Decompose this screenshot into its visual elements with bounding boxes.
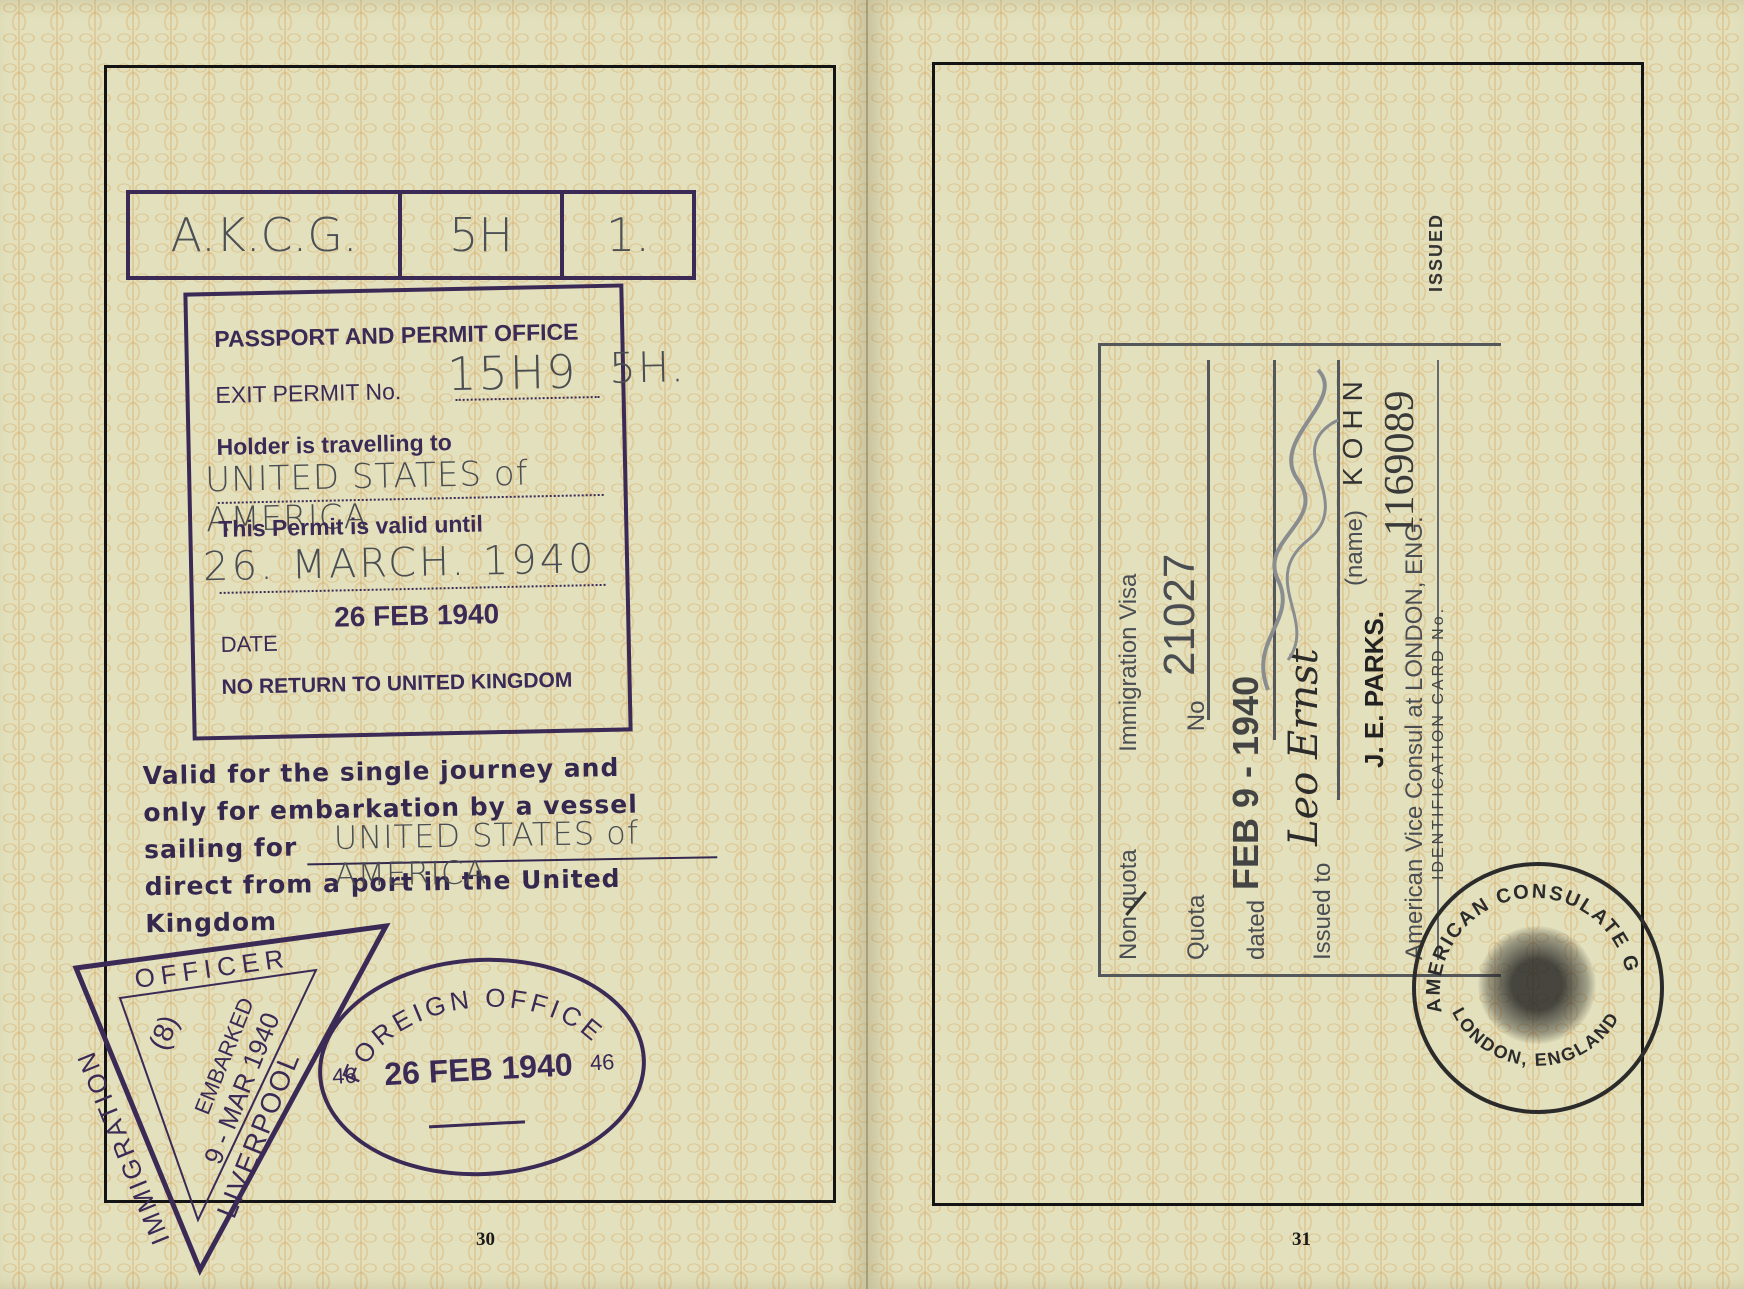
valid-until-handwritten: 26. MARCH. 1940 bbox=[203, 536, 597, 590]
sailing-for-handwritten: UNITED STATES of AMERICA bbox=[334, 813, 745, 894]
reference-cell: 5H bbox=[398, 194, 560, 276]
eagle-emblem-icon bbox=[1478, 926, 1596, 1044]
permit-number-label: EXIT PERMIT No. bbox=[215, 378, 401, 409]
valid-until-label: This Permit is valid until bbox=[218, 510, 483, 543]
quota-label: Quota No bbox=[1183, 701, 1211, 960]
validity-line: sailing for bbox=[144, 833, 298, 865]
exit-permit-stamp: PASSPORT AND PERMIT OFFICE EXIT PERMIT N… bbox=[183, 283, 632, 740]
permit-number: 15H9 bbox=[447, 344, 578, 401]
left-page: A.K.C.G. 5H 1. PASSPORT AND PERMIT OFFIC… bbox=[0, 0, 868, 1289]
svg-text:(8): (8) bbox=[143, 1011, 185, 1054]
consulate-seal: AMERICAN CONSULATE GENERAL, LONDON, ENGL… bbox=[1412, 862, 1664, 1114]
stamp-code: 46 bbox=[589, 1049, 615, 1075]
date-label: DATE bbox=[220, 631, 278, 658]
permit-suffix: 5H. bbox=[609, 342, 687, 393]
validity-text: Valid for the single journey and only fo… bbox=[142, 747, 745, 942]
permit-date: 26 FEB 1940 bbox=[334, 598, 500, 633]
foreign-office-date: 26 FEB 1940 bbox=[383, 1046, 573, 1092]
visa-number: 21027 bbox=[1155, 554, 1205, 676]
visa-date: FEB 9 - 1940 bbox=[1225, 676, 1267, 890]
visa-type-label: Immigration Visa bbox=[1115, 574, 1142, 752]
id-card-status: ISSUED bbox=[1426, 213, 1447, 292]
reference-cell: A.K.C.G. bbox=[130, 194, 398, 276]
reference-box: A.K.C.G. 5H 1. bbox=[126, 190, 696, 280]
dated-label: dated bbox=[1243, 900, 1271, 960]
id-card-number: 1169089 bbox=[1376, 391, 1424, 536]
id-card-label: IDENTIFICATION CARD No. bbox=[1430, 606, 1448, 880]
page-number: 31 bbox=[1292, 1229, 1311, 1251]
signature bbox=[1238, 360, 1368, 700]
foreign-office-stamp: FOREIGN OFFICE 46 26 FEB 1940 46 bbox=[313, 950, 652, 1185]
visa-number-label: No bbox=[1183, 701, 1210, 732]
restriction-text: NO RETURN TO UNITED KINGDOM bbox=[221, 669, 572, 700]
right-page: Non quota Immigration Visa Quota No 2102… bbox=[868, 0, 1744, 1289]
reference-cell: 1. bbox=[560, 194, 692, 276]
stamp-code: 46 bbox=[332, 1063, 358, 1089]
issued-to-label: Issued to bbox=[1309, 863, 1337, 960]
page-number: 30 bbox=[476, 1229, 495, 1251]
